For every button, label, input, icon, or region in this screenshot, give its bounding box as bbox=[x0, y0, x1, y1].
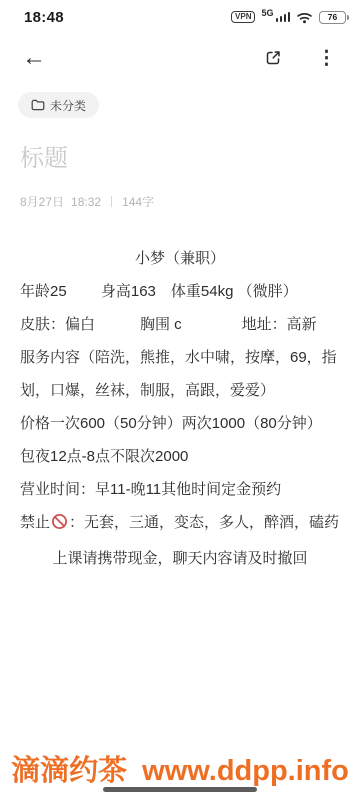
watermark-brand: 滴滴约茶 bbox=[11, 755, 127, 787]
note-line-prohibit: 禁止：无套，三通，变态，多人，醉酒，磕药 bbox=[20, 506, 340, 542]
watermark: 滴滴约茶 www.ddpp.info bbox=[0, 748, 360, 789]
note-line: 上课请携带现金，聊天内容请及时撤回 bbox=[20, 542, 340, 575]
note-line: 营业时间：早11-晚11其他时间定金预约 bbox=[20, 473, 340, 506]
status-icons: VPN 5G 76 bbox=[231, 11, 346, 24]
note-line: 年龄25 身高163 体重54kg （微胖） bbox=[20, 275, 340, 308]
note-line: 价格一次600（50分钟）两次1000（80分钟） bbox=[20, 407, 340, 440]
more-vertical-icon: ⋮ bbox=[317, 49, 336, 68]
vpn-icon: VPN bbox=[231, 11, 255, 23]
no-entry-icon bbox=[51, 509, 68, 542]
battery-icon: 76 bbox=[319, 11, 346, 24]
share-icon bbox=[263, 48, 283, 68]
more-options-button[interactable]: ⋮ bbox=[317, 49, 336, 68]
meta-divider bbox=[111, 196, 112, 207]
note-line: 皮肤：偏白 胸围 c 地址：高新 bbox=[20, 308, 340, 341]
home-indicator[interactable] bbox=[103, 787, 257, 792]
prohibit-rest: ：无套，三通，变态，多人，醉酒，磕药 bbox=[69, 514, 339, 531]
watermark-url: www.ddpp.info bbox=[142, 755, 349, 787]
note-date: 8月27日 bbox=[20, 193, 64, 210]
folder-icon bbox=[31, 99, 45, 111]
note-meta: 8月27日 18:32 144字 bbox=[20, 193, 340, 210]
note-editor[interactable]: 小梦（兼职） 年龄25 身高163 体重54kg （微胖） 皮肤：偏白 胸围 c… bbox=[0, 242, 360, 575]
note-line: 包夜12点-8点不限次2000 bbox=[20, 440, 340, 473]
prohibit-prefix: 禁止 bbox=[20, 514, 50, 531]
note-line: 服务内容（陪洗，熊推，水中啸，按摩，69，指划，口爆，丝袜，制服，高跟，爱爱） bbox=[20, 341, 340, 407]
category-chip[interactable]: 未分类 bbox=[18, 92, 99, 118]
back-arrow-icon: ← bbox=[22, 46, 46, 70]
network-type-label: 5G bbox=[261, 8, 273, 18]
share-button[interactable] bbox=[263, 48, 283, 68]
category-label: 未分类 bbox=[50, 97, 86, 114]
back-button[interactable]: ← bbox=[22, 46, 46, 70]
note-line: 小梦（兼职） bbox=[20, 242, 340, 275]
signal-bars-icon bbox=[276, 12, 291, 22]
note-title-input[interactable]: 标题 bbox=[20, 138, 340, 173]
note-time: 18:32 bbox=[71, 195, 101, 209]
signal-icon: 5G bbox=[261, 12, 290, 22]
battery-percent: 76 bbox=[328, 12, 337, 22]
note-char-count: 144字 bbox=[122, 193, 154, 210]
wifi-icon bbox=[296, 11, 313, 24]
clock: 18:48 bbox=[24, 9, 64, 26]
status-bar: 18:48 VPN 5G 76 bbox=[0, 0, 360, 30]
note-toolbar: ← ⋮ bbox=[0, 34, 360, 82]
